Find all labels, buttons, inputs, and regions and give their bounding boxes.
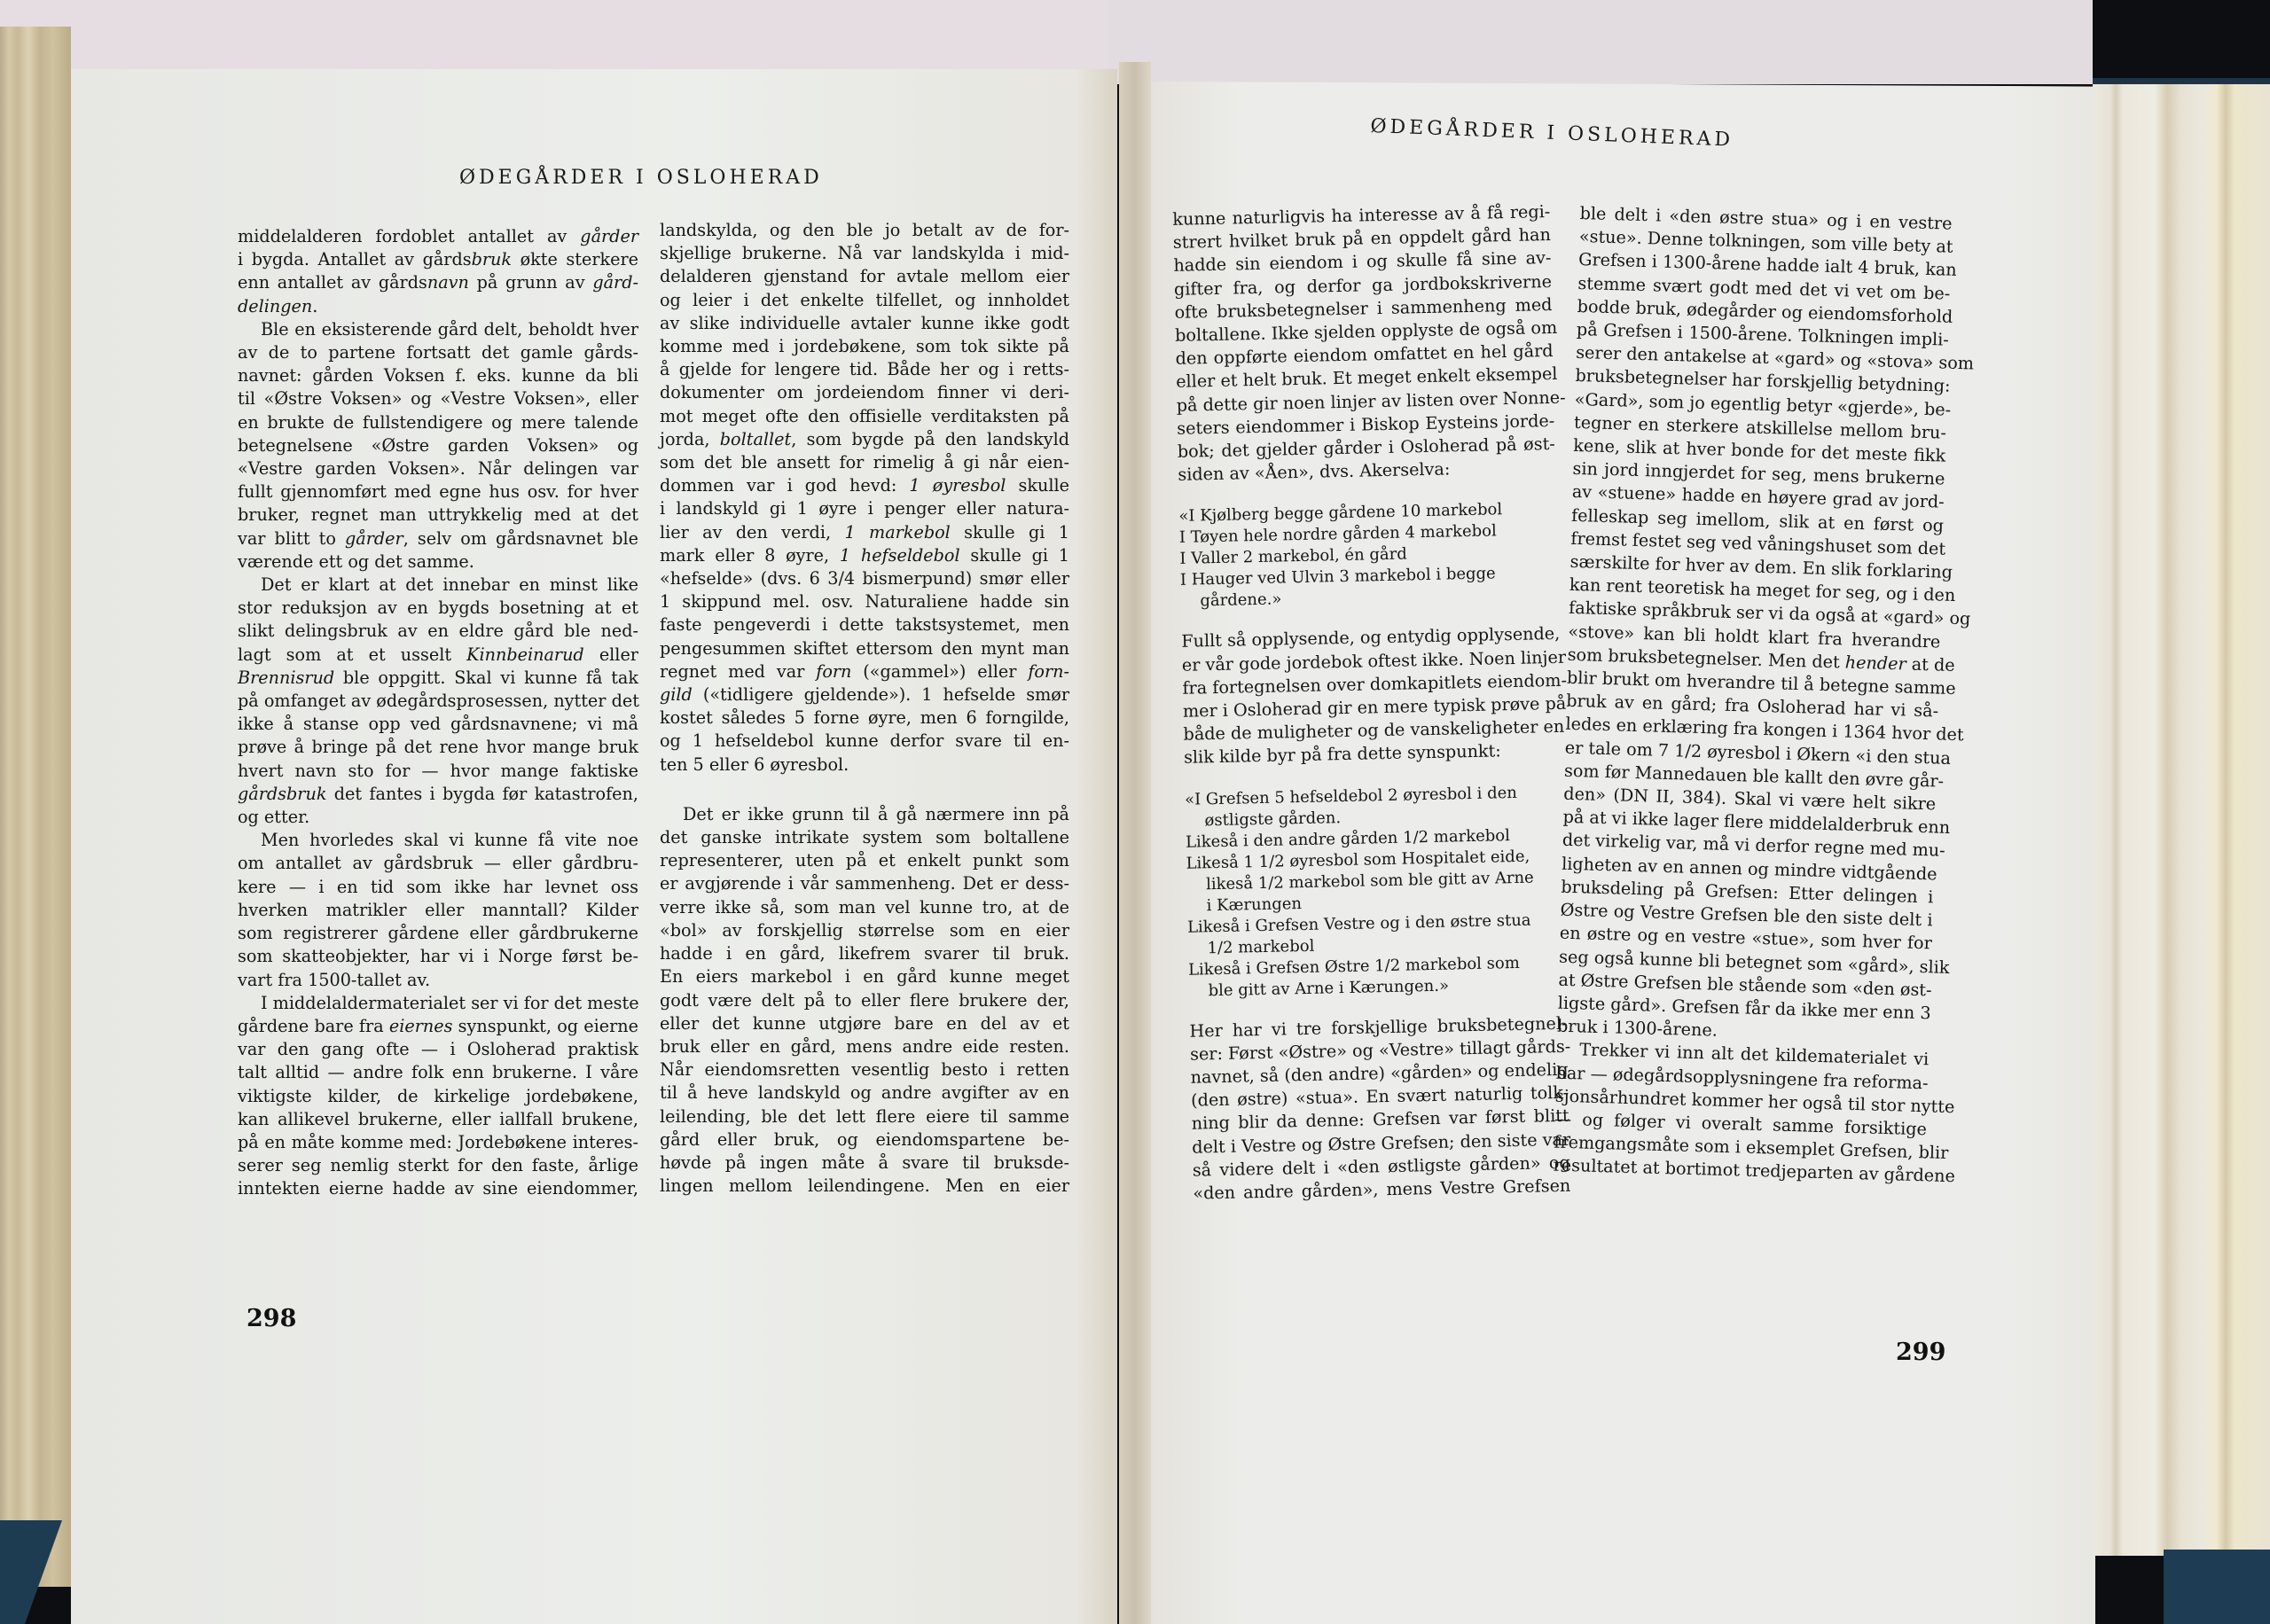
text-line: og 1 hefseldebol kunne derfor svare til …: [660, 730, 1069, 753]
text-line: pengesummen skiftet ettersom den mynt ma…: [660, 637, 1069, 660]
text-line: faste pengeverdi i dette takstsystemet, …: [660, 613, 1069, 636]
left-page-column-1: middelalderen fordoblet antallet av gård…: [238, 225, 638, 1201]
text-line: er avgjørende i vår sammenheng. Det er d…: [660, 872, 1069, 895]
text-line: stor reduksjon av en bygds bosetning at …: [238, 597, 638, 620]
text-line: godt være delt på to eller flere brukere…: [660, 989, 1069, 1012]
text-line: Ble en eksisterende gård delt, beholdt h…: [238, 318, 638, 341]
text-line: jorda, boltallet, som bygde på den lands…: [660, 428, 1069, 451]
text-line: kere — i en tid som ikke har levnet oss: [238, 876, 638, 899]
text-line: kan allikevel brukerne, eller iallfall b…: [238, 1108, 638, 1131]
text-line: bruk eller en gård, mens andre eide rest…: [660, 1035, 1069, 1058]
text-line: og etter.: [238, 806, 638, 829]
left-page-stack-edge: [0, 27, 71, 1587]
text-line: representerer, uten på et enkelt punkt s…: [660, 849, 1069, 872]
text-line: komme med i jordebøkene, som tok sikte p…: [660, 335, 1069, 358]
right-page-column-1: kunne naturligvis ha interesse av å få r…: [1172, 200, 1570, 1206]
running-head-left: ØDEGÅRDER I OSLOHERAD: [459, 167, 823, 189]
text-line: bruker, regnet man uttrykkelig med at de…: [238, 504, 638, 527]
paragraph: landskylda, og den ble jo betalt av de f…: [660, 219, 1069, 777]
text-line: regnet med var forn («gammel») eller for…: [660, 660, 1069, 683]
paragraph: kunne naturligvis ha interesse av å få r…: [1172, 200, 1555, 487]
text-line: Brennisrud ble oppgitt. Skal vi kunne få…: [238, 667, 638, 690]
text-line: Det er ikke grunn til å gå nærmere inn p…: [660, 803, 1069, 826]
right-page-column-2: ble delt i «den østre stua» og i en vest…: [1553, 202, 1953, 1188]
text-line: gård eller bruk, og eiendomspartene be-: [660, 1128, 1069, 1152]
text-line: delingen.: [238, 295, 638, 318]
text-line: Men hvorledes skal vi kunne få vite noe: [238, 829, 638, 852]
text-line: i landskyld gi 1 øyre i penger eller nat…: [660, 497, 1069, 520]
text-line: mark eller 8 øyre, 1 hefseldebol skulle …: [660, 544, 1069, 567]
text-line: viktigste kilder, de kirkelige jordebøke…: [238, 1085, 638, 1108]
text-line: hadde i en gård, likefrem svarer til bru…: [660, 942, 1069, 965]
text-line: «bol» av forskjellig størrelse som en ei…: [660, 919, 1069, 942]
text-line: En eiers markebol i en gård kunne meget: [660, 965, 1069, 988]
right-page-stack-edge: [2093, 84, 2270, 1556]
text-line: 1 skippund mel. osv. Naturaliene hadde s…: [660, 590, 1069, 613]
text-line: å gjelde for lengere tid. Både her og i …: [660, 358, 1069, 381]
text-line: en brukte de fullstendigere og mere tale…: [238, 411, 638, 434]
text-line: på en måte komme med: Jordebøkene intere…: [238, 1131, 638, 1154]
paragraph: Her har vi tre forskjellige bruksbetegne…: [1189, 1011, 1570, 1206]
text-line: serer seg nemlig sterkt for den faste, å…: [238, 1154, 638, 1177]
text-line: middelalderen fordoblet antallet av gård…: [238, 225, 638, 248]
text-line: delalderen gjenstand for avtale mellom e…: [660, 265, 1069, 288]
text-line: var den gang ofte — i Osloherad praktisk: [238, 1038, 638, 1061]
text-line: ten 5 eller 6 øyresbol.: [660, 753, 1069, 777]
text-line: mot meget ofte den offisielle verditakst…: [660, 405, 1069, 428]
paragraph: I middelaldermaterialet ser vi for det m…: [238, 992, 638, 1201]
paragraph: Men hvorledes skal vi kunne få vite noeo…: [238, 829, 638, 991]
text-line: fullt gjennomført med egne hus osv. for …: [238, 480, 638, 504]
text-line: navnet: gården Voksen f. eks. kunne da b…: [238, 364, 638, 387]
text-line: om antallet av gårdsbruk — eller gårdbru…: [238, 852, 638, 875]
text-line: betegnelsene «Østre garden Voksen» og: [238, 434, 638, 457]
text-line: til «Østre Voksen» og «Vestre Voksen», e…: [238, 387, 638, 410]
text-line: inntekten eierne hadde av sine eiendomme…: [238, 1177, 638, 1200]
text-line: var blitt to gårder, selv om gårdsnavnet…: [238, 527, 638, 550]
background-top-right: [1108, 0, 2093, 84]
paragraph: middelalderen fordoblet antallet av gård…: [238, 225, 638, 318]
text-line: høvde på ingen måte å svare til bruksde-: [660, 1152, 1069, 1175]
paragraph: Ble en eksisterende gård delt, beholdt h…: [238, 318, 638, 574]
text-line: på omfanget av ødegårdsprosessen, nytter…: [238, 690, 638, 713]
text-line: I middelaldermaterialet ser vi for det m…: [238, 992, 638, 1015]
block-quote: «I Grefsen 5 hefseldebol 2 øyresbol i de…: [1185, 782, 1567, 1003]
text-line: «Vestre garden Voksen». Når delingen var: [238, 457, 638, 480]
paragraph: ble delt i «den østre stua» og i en vest…: [1557, 202, 1953, 1049]
text-line: værende ett og det samme.: [238, 550, 638, 574]
text-line: som registrerer gårdene eller gårdbruker…: [238, 922, 638, 945]
background-top-left: [0, 0, 1179, 73]
text-line: lingen mellom leilendingene. Men en eier: [660, 1175, 1069, 1198]
paragraph: Fullt så opplysende, og entydig opplysen…: [1181, 622, 1562, 769]
text-line: gårdene bare fra eiernes synspunkt, og e…: [238, 1015, 638, 1038]
page-number-right: 299: [1896, 1339, 1945, 1366]
text-line: dommen var i god hevd: 1 øyresbol skulle: [660, 474, 1069, 497]
text-line: enn antallet av gårdsnavn på grunn av gå…: [238, 271, 638, 294]
text-line: hvert navn sto for — hvor mange faktiske: [238, 760, 638, 783]
text-line: det ganske intrikate system som boltalle…: [660, 826, 1069, 849]
text-line: ikke å stanse opp ved gårdsnavnene; vi m…: [238, 713, 638, 736]
text-line: landskylda, og den ble jo betalt av de f…: [660, 219, 1069, 242]
left-page-column-2: landskylda, og den ble jo betalt av de f…: [660, 219, 1069, 1198]
page-number-left: 298: [247, 1305, 296, 1332]
text-line: og leier i det enkelte tilfellet, og inn…: [660, 289, 1069, 312]
text-line: som skatteobjekter, har vi i Norge først…: [238, 945, 638, 968]
text-line: til å heve landskyld og andre avgifter a…: [660, 1081, 1069, 1105]
text-line: hverken matrikler eller manntall? Kilder: [238, 899, 638, 922]
text-line: Det er klart at det innebar en minst lik…: [238, 574, 638, 597]
right-cover-corner: [2164, 1550, 2270, 1624]
block-quote: «I Kjølberg begge gårdene 10 markebolI T…: [1178, 498, 1558, 613]
text-line: «hefselde» (dvs. 6 3/4 bismerpund) smør …: [660, 567, 1069, 590]
text-line: eller det kunne utgjøre bare en del av e…: [660, 1012, 1069, 1035]
text-line: verre ikke så, som man vel kunne tro, at…: [660, 896, 1069, 919]
text-line: lagt som at et usselt Kinnbeinarud eller: [238, 644, 638, 667]
paragraph: Det er ikke grunn til å gå nærmere inn p…: [660, 803, 1069, 1198]
text-line: skjellige brukerne. Nå var landskylda i …: [660, 242, 1069, 265]
text-line: vart fra 1500-tallet av.: [238, 969, 638, 992]
paragraph: Trekker vi inn alt det kildematerialet v…: [1553, 1038, 1929, 1188]
text-line: gårdsbruk det fantes i bygda før katastr…: [238, 783, 638, 806]
text-line: som det ble ansett for rimelig å gi når …: [660, 451, 1069, 474]
text-line: av slike individuelle avtaler kunne ikke…: [660, 312, 1069, 335]
text-line: Når eiendomsretten vesentlig besto i ret…: [660, 1058, 1069, 1081]
text-line: leilending, ble det lett flere eiere til…: [660, 1105, 1069, 1128]
book-gutter: [1119, 62, 1151, 1624]
text-line: dokumenter om jordeiendom finner vi deri…: [660, 381, 1069, 404]
text-line: i bygda. Antallet av gårdsbruk økte ster…: [238, 248, 638, 271]
text-line: prøve å bringe på det rene hvor mange br…: [238, 736, 638, 759]
text-line: gild («tidligere gjeldende»). 1 hefselde…: [660, 683, 1069, 707]
paragraph: Det er klart at det innebar en minst lik…: [238, 574, 638, 829]
text-line: slikt delingsbruk av en eldre gård ble n…: [238, 620, 638, 643]
text-line: kostet således 5 forne øyre, men 6 forng…: [660, 707, 1069, 730]
text-line: talt alltid — andre folk enn brukerne. I…: [238, 1061, 638, 1084]
text-line: av de to partene fortsatt det gamle gård…: [238, 341, 638, 364]
text-line: lier av den verdi, 1 markebol skulle gi …: [660, 521, 1069, 544]
